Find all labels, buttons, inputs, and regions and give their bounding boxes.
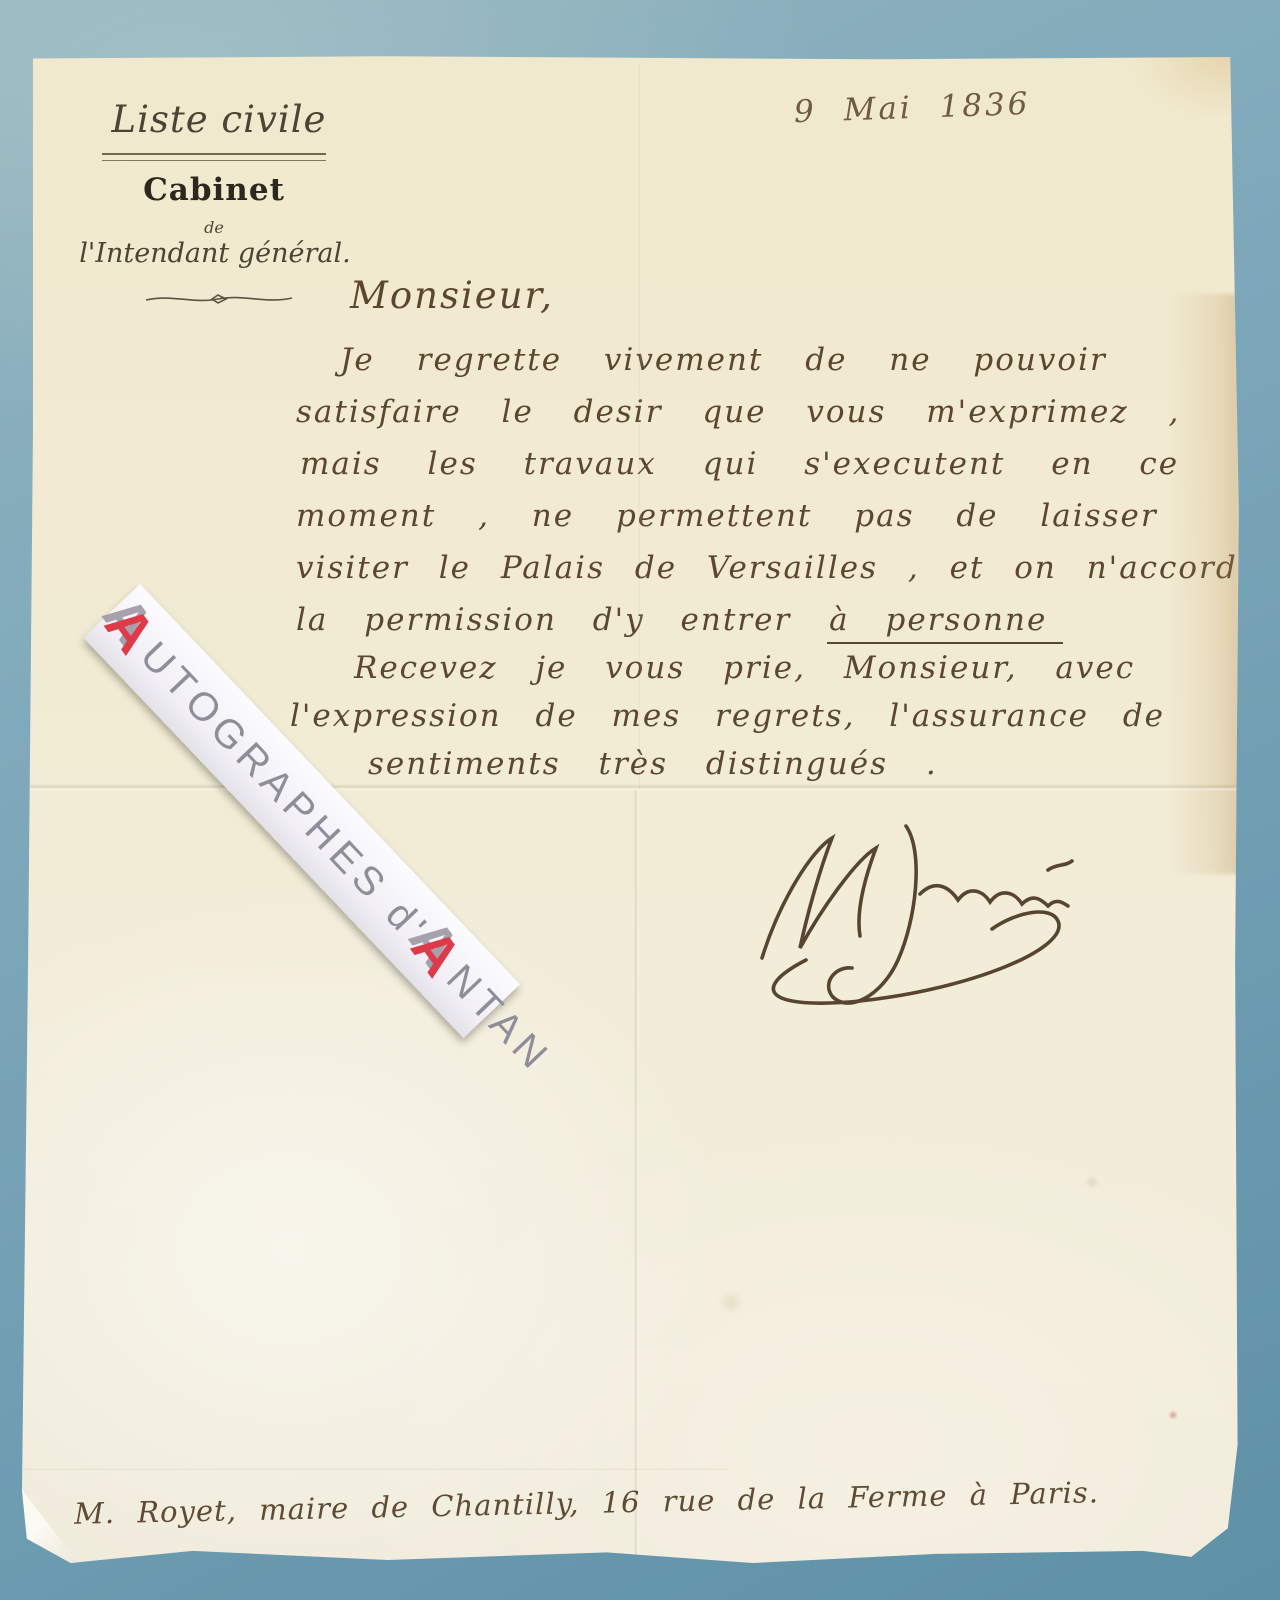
letterhead-de: de [102,218,326,237]
letter-line-8: l'expression de mes regrets, l'assurance… [290,698,1165,734]
folded-corner [18,1488,80,1568]
date-line: 9 Mai 1836 [793,86,1031,130]
fold-crease-vertical-upper [638,64,642,790]
letter-line-5: visiter le Palais de Versailles , et on … [296,550,1258,586]
letter-line-4: moment , ne permettent pas de laisser [296,498,1158,534]
address-line: M. Royet, maire de Chantilly, 16 rue de … [74,1475,1100,1530]
letterhead-officer: l'Intendant général. [70,238,360,269]
letter-line-6: la permission d'y entrer à personne [296,602,1063,638]
letterhead-service: Liste civile [108,98,330,141]
permission-text: la permission d'y entrer [296,602,791,638]
letter-paper: Liste civile Cabinet de l'Intendant géné… [22,54,1240,1566]
fold-crease-horizontal [22,784,1240,791]
letterhead-office: Cabinet [102,172,326,208]
signature [710,808,1110,1028]
foxing-spot [1084,1176,1100,1188]
letter-line-3: mais les travaux qui s'executent en ce [300,446,1179,482]
fold-crease-bottom [22,1468,728,1472]
underlined-word: à personne [827,602,1063,644]
letter-line-1: Je regrette vivement de ne pouvoir [340,342,1107,378]
letter-line-7: Recevez je vous prie, Monsieur, avec [354,650,1135,686]
foxing-spot [1168,1410,1178,1420]
letterhead-divider [102,153,326,161]
foxing-spot [716,1292,746,1312]
fold-crease-vertical-lower [634,790,639,1566]
letterhead-flourish-icon [144,292,294,306]
letter-line-2: satisfaire le desir que vous m'exprimez … [296,394,1180,430]
salutation: Monsieur, [350,274,554,317]
photo-background: Liste civile Cabinet de l'Intendant géné… [0,0,1280,1600]
letter-line-9: sentiments très distingués . [368,746,938,782]
